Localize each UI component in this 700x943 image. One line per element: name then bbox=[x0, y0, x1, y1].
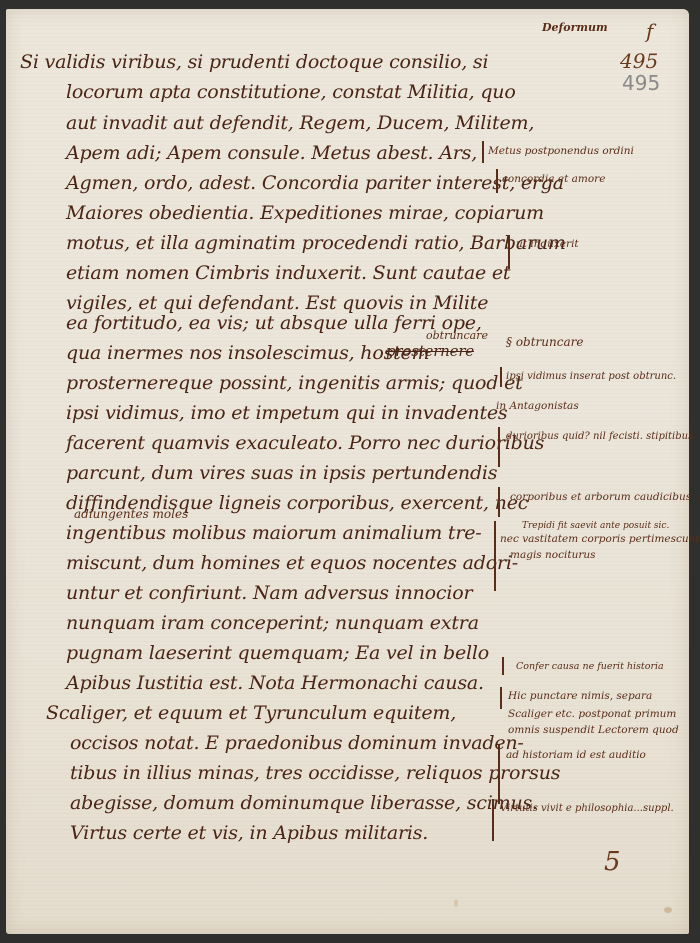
margin-note: ipsi vidimus inserat post obtrunc. bbox=[506, 371, 676, 382]
margin-note: durioribus quid? nil fecisti. stipitibus bbox=[506, 431, 693, 442]
margin-note: ut induxerit bbox=[516, 238, 579, 250]
margin-note: corporibus et arborum caudicibus bbox=[510, 491, 691, 503]
margin-note: magis nociturus bbox=[510, 549, 596, 561]
margin-bar bbox=[496, 169, 498, 193]
margin-bar bbox=[494, 521, 496, 591]
margin-bar bbox=[498, 487, 500, 517]
text-line: occisos notat. E praedonibus dominum inv… bbox=[70, 732, 524, 754]
text-line: Apem adi; Apem consule. Metus abest. Ars… bbox=[66, 142, 477, 164]
margin-note: nec vastitatem corporis pertimescunt bbox=[500, 533, 700, 545]
text-line: nunquam iram conceperint; nunquam extra bbox=[66, 612, 479, 634]
page-number-pencil: 495 bbox=[622, 71, 660, 95]
text-line: parcunt, dum vires suas in ipsis pertund… bbox=[66, 462, 497, 484]
text-line: ea fortitudo, ea vis; ut absque ulla fer… bbox=[66, 312, 482, 334]
text-line: abegisse, domum dominumque liberasse, sc… bbox=[70, 792, 538, 814]
margin-note: Confer causa ne fuerit historia bbox=[516, 661, 664, 672]
margin-bar bbox=[498, 427, 500, 467]
margin-note: Hic punctare nimis, separa bbox=[508, 690, 652, 702]
margin-note: Scaliger etc. postponat primum bbox=[508, 708, 676, 720]
paper-stain bbox=[454, 899, 458, 907]
text-line: Virtus certe et vis, in Apibus militaris… bbox=[70, 822, 428, 844]
text-line: vigiles, et qui defendant. Est quovis in… bbox=[66, 292, 488, 314]
text-line: etiam nomen Cimbris induxerit. Sunt caut… bbox=[66, 262, 510, 284]
text-line: Scaliger, et equum et Tyrunculum equitem… bbox=[46, 702, 456, 724]
text-line: Si validis viribus, si prudenti doctoque… bbox=[20, 51, 488, 73]
struck-word: prosternere bbox=[386, 342, 474, 360]
margin-bar bbox=[508, 235, 510, 269]
text-line: qua inermes nos insolescimus, hostem bbox=[66, 342, 429, 364]
text-line: ipsi vidimus, imo et impetum qui in inva… bbox=[66, 402, 507, 424]
text-line: Maiores obedientia. Expeditiones mirae, … bbox=[66, 202, 544, 224]
margin-note: Metus postponendus ordini bbox=[488, 145, 634, 157]
text-line: pugnam laeserint quemquam; Ea vel in bel… bbox=[66, 642, 489, 664]
text-line: untur et confiriunt. Nam adversus innoci… bbox=[66, 582, 472, 604]
folio-mark: f bbox=[646, 19, 653, 43]
margin-bar bbox=[500, 367, 502, 387]
margin-bar bbox=[482, 141, 484, 163]
text-line: ingentibus molibus maiorum animalium tre… bbox=[66, 522, 482, 544]
margin-note: ad historiam id est auditio bbox=[506, 749, 646, 761]
text-line: miscunt, dum homines et equos nocentes a… bbox=[66, 552, 518, 574]
margin-note: § obtruncare bbox=[506, 335, 583, 349]
interlinear-insert: adiungentes moles bbox=[74, 507, 188, 521]
text-line: prosternereque possint, ingenitis armis;… bbox=[66, 372, 523, 394]
manuscript-page: Deformum f 495 495 Si validis viribus, s… bbox=[6, 9, 689, 934]
margin-note: omnis suspendit Lectorem quod bbox=[508, 724, 679, 736]
margin-bar bbox=[500, 687, 502, 709]
footer-mark: 5 bbox=[604, 847, 621, 877]
text-line: Agmen, ordo, adest. Concordia pariter in… bbox=[66, 172, 564, 194]
margin-bar bbox=[492, 799, 494, 841]
margin-note: in Antagonistas bbox=[496, 400, 579, 412]
text-line: aut invadit aut defendit, Regem, Ducem, … bbox=[66, 112, 534, 134]
text-line: Apibus Iustitia est. Nota Hermonachi cau… bbox=[66, 672, 484, 694]
interlinear-insert: obtruncare bbox=[426, 329, 488, 342]
catchword: Deformum bbox=[542, 21, 608, 34]
margin-bar bbox=[498, 744, 500, 804]
text-line: locorum apta constitutione, constat Mili… bbox=[66, 81, 516, 103]
margin-note: concordia et amore bbox=[502, 173, 605, 185]
page-number-ink: 495 bbox=[620, 49, 658, 73]
margin-bar bbox=[502, 657, 504, 675]
paper-stain bbox=[664, 907, 672, 913]
margin-note: Trepidi fit saevit ante posuit sic. bbox=[522, 521, 669, 531]
text-line: tibus in illius minas, tres occidisse, r… bbox=[70, 762, 560, 784]
text-line: motus, et illa agminatim procedendi rati… bbox=[66, 232, 566, 254]
margin-note: Virtutis vivit e philosophia...suppl. bbox=[500, 803, 674, 814]
text-line: facerent quamvis exaculeato. Porro nec d… bbox=[66, 432, 544, 454]
